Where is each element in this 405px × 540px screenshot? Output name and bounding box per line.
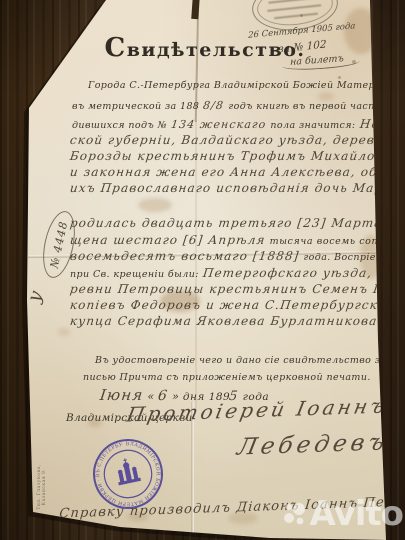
stain	[58, 328, 70, 336]
body-line-segment: пола значится:	[270, 120, 355, 131]
vertical-fold-crease-middle	[195, 120, 197, 410]
body-line: писью Причта съ приложеніемъ церковной п…	[83, 372, 371, 383]
body-line-segment: дившихся подъ №	[72, 120, 167, 131]
handwritten-line: Борозды крестьянинъ Трофимъ Михайловъ	[69, 149, 393, 163]
handwritten-segment: Петергофскаго уѣзда, де-	[202, 266, 400, 280]
avito-watermark: Avito	[283, 494, 403, 534]
body-line-segment: годъ книгѣ въ первой части о ро-	[228, 101, 405, 112]
handwritten-line: ской губерніи, Валдайскаго уѣзда, деревн…	[69, 133, 394, 147]
handwritten-line: ревни Петровицы крестьянинъ Семенъ Про-	[69, 282, 405, 296]
handwritten-insert: 8/8	[203, 99, 226, 112]
handwritten-insert: Новгород-	[359, 117, 405, 131]
watermark-text: Avito	[309, 494, 403, 534]
body-line: Города С.-Петербурга Владимірской Божіей…	[88, 80, 405, 91]
handwritten-line: и законная жена его Анна Алексѣева, обо-	[69, 165, 392, 179]
avito-logo-icon	[283, 501, 307, 527]
printed-segment: при Св. крещеніи были:	[70, 269, 199, 280]
document-paper: 26 Сентября 1905 года за № 102 на билетъ…	[0, 0, 405, 540]
printed-segment: года. Воспріемниками	[303, 252, 405, 263]
handwritten-line: ихъ Православнаго исповѣданія дочь Марія	[69, 181, 398, 195]
handwritten-line: родилась двадцать третьяго [23] Марта, а…	[69, 216, 405, 230]
printer-imprint: Тип. Глазунова, Казанская 8.	[37, 451, 47, 523]
foxing-speck	[338, 76, 341, 79]
document-title: Свидѣтельство.	[98, 33, 312, 63]
handwritten-line: купца Серафима Яковлева Бурлатникова	[69, 314, 378, 328]
seal-church-glyph	[114, 456, 141, 485]
priest-surname-signature: Лебедевъ	[235, 429, 391, 460]
handwritten-segment: восемьдесятъ восьмаго [1888]	[69, 249, 300, 263]
handwritten-segment: щена шестаго [6] Апрѣля	[69, 233, 266, 247]
handwritten-insert: 134 женскаго	[170, 118, 267, 131]
body-line: Въ удостовѣреніе чего и дано сіе свидѣте…	[95, 355, 405, 366]
printed-segment: тысяча восемь сотъ	[270, 236, 388, 247]
stain	[138, 198, 172, 212]
photo-scene: 26 Сентября 1905 года за № 102 на билетъ…	[0, 0, 405, 540]
body-line-segment: въ метрической за 188	[72, 101, 199, 112]
handwritten-line: копіевъ Федоровъ и жена С.Петербургскаго	[69, 298, 402, 312]
